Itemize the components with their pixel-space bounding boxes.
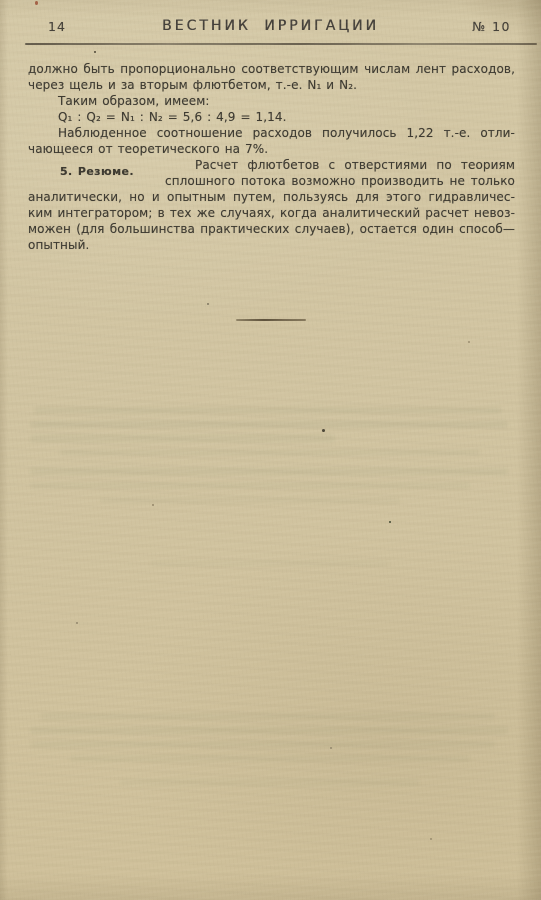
- paper-speck: [94, 51, 96, 53]
- body-text: должно быть пропорционально соответствую…: [28, 61, 515, 253]
- show-through-line: [30, 741, 495, 748]
- text-line: аналитически, но и опытным путем, пользу…: [28, 189, 515, 205]
- paper-speck: [468, 341, 470, 343]
- text-line: можен (для большинства практических случ…: [28, 221, 515, 237]
- paper-speck: [389, 521, 391, 523]
- show-through-line: [34, 407, 502, 414]
- scanned-journal-page: 14 ВЕСТНИК ИРРИГАЦИИ № 10 должно быть пр…: [0, 0, 541, 900]
- show-through-line: [30, 468, 508, 475]
- show-through-line: [30, 482, 470, 489]
- show-through-line: [100, 497, 400, 504]
- journal-title: ВЕСТНИК ИРРИГАЦИИ: [0, 18, 541, 34]
- paper-speck: [430, 838, 432, 840]
- show-through-line: [70, 755, 470, 762]
- show-through-line: [40, 713, 495, 720]
- text-line: Расчет флютбетов с отверстиями по теория…: [195, 157, 515, 173]
- text-line: сплошного потока возможно производить не…: [165, 173, 515, 189]
- text-line: чающееся от теоретического на 7%.: [28, 141, 515, 157]
- paper-speck: [330, 747, 332, 749]
- formula-line: Q₁ : Q₂ = N₁ : N₂ = 5,6 : 4,9 = 1,14.: [28, 109, 515, 125]
- paper-speck: [35, 1, 38, 5]
- paper-speck: [322, 429, 325, 432]
- text-line: должно быть пропорционально соответствую…: [28, 61, 515, 77]
- text-line: опытный.: [28, 237, 515, 253]
- issue-number: № 10: [472, 19, 511, 34]
- header-rule: [25, 43, 537, 45]
- paper-speck: [76, 622, 78, 624]
- section-divider: [236, 319, 306, 321]
- paper-speck: [207, 303, 209, 305]
- section-sidehead: 5. Резюме.: [60, 164, 134, 180]
- text-line: Наблюденное соотношение расходов получил…: [28, 125, 515, 141]
- show-through-line: [60, 449, 480, 456]
- show-through-line: [30, 727, 508, 734]
- show-through-line: [30, 435, 335, 442]
- show-through-line: [30, 421, 508, 428]
- show-through-line: [150, 560, 390, 567]
- text-line: через щель и за вторым флютбетом, т.-е. …: [28, 77, 515, 93]
- resume-section: 5. Резюме. Расчет флютбетов с отверстиям…: [28, 157, 515, 253]
- show-through-line: [120, 779, 420, 786]
- text-line: Таким образом, имеем:: [28, 93, 515, 109]
- text-line: ким интегратором; в тех же случаях, когд…: [28, 205, 515, 221]
- paper-speck: [152, 504, 154, 506]
